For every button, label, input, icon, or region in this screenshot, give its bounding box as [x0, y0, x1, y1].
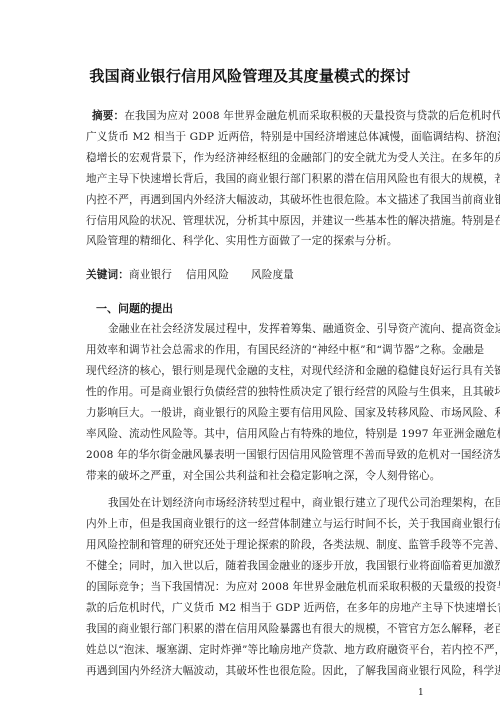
- paragraph2-line-6: 款的后危机时代，广义货币 M2 相当于 GDP 近两倍，在多年的房地产主导下快速…: [86, 601, 424, 615]
- abstract-line-6: 行信用风险的状况、管理状况，分析其中原因，并建议一些基本性的解决措施。特别是在: [86, 214, 424, 228]
- paragraph2-line-3: 用风险控制和管理的研究还处于理论探索的阶段，各类法规、制度、监管手段等不完善、: [86, 538, 424, 552]
- abstract-line-2: 广义货币 M2 相当于 GDP 近两倍，特别是中国经济增速总体减慢，面临调结构、…: [86, 130, 424, 144]
- abstract-text: 在我国为应对 2008 年世界金融危机而采取积极的天量投资与贷款的后危机时代，: [124, 110, 500, 122]
- paragraph2-line-5: 的国际竞争；当下我国情况：为应对 2008 年世界金融危机而采取积极的天量级的投…: [86, 580, 424, 594]
- keyword-2: 信用风险: [186, 269, 229, 281]
- paragraph2-line-4: 不健全；同时，加入世以后，随着我国金融业的逐步开放，我国银行业将面临着更加激烈: [86, 559, 424, 573]
- paragraph2-line-1: 我国处在计划经济向市场经济转型过程中，商业银行建立了现代公司治理架构，在国: [108, 496, 446, 510]
- abstract-line-4: 地产主导下快速增长背后，我国的商业银行部门积累的潜在信用风险也有很大的规模，若: [86, 172, 424, 186]
- keyword-1: 商业银行: [129, 269, 172, 281]
- paragraph1-line-7: 2008 年的华尔街金融风暴表明一国银行因信用风险管理不善而导致的危机对一国经济…: [86, 448, 424, 462]
- abstract-line-7: 风险管理的精细化、科学化、实用性方面做了一定的探索与分析。: [86, 234, 424, 248]
- paragraph2-line-8: 姓总以“泡沫、堰塞湖、定时炸弹”等比喻房地产贷款、地方政府融资平台，若内控不严，: [86, 643, 424, 657]
- document-title: 我国商业银行信用风险管理及其度量模式的探讨: [0, 65, 500, 86]
- paragraph1-line-3: 现代经济的核心，银行则是现代金融的支柱，对现代经济和金融的稳健良好运行具有关键: [86, 364, 424, 378]
- keyword-3: 风险度量: [251, 269, 294, 281]
- paragraph1-line-4: 性的作用。可是商业银行负债经营的独特性质决定了银行经营的风险与生俱来，且其破坏: [86, 385, 424, 399]
- paragraph2-line-9: 再遇到国内外经济大幅波动，其破坏性也很危险。因此，了解我国商业银行风险，科学进: [86, 664, 424, 678]
- paragraph1-line-6: 率风险、流动性风险等。其中，信用风险占有特殊的地位，特别是 1997 年亚洲金融…: [86, 427, 424, 441]
- page-number: 1: [418, 688, 424, 698]
- keywords-line: 关键词：商业银行信用风险风险度量: [86, 268, 424, 282]
- section-heading: 一、问题的提出: [96, 300, 173, 316]
- paragraph2-line-7: 我国的商业银行部门积累的潜在信用风险暴露也有很大的规模，不管官方怎么解释，老百: [86, 622, 424, 636]
- paragraph1-line-8: 带来的破坏之严重，对全国公共利益和社会稳定影响之深，令人刻骨铭心。: [86, 469, 424, 483]
- keywords-label: 关键词：: [86, 269, 129, 281]
- document-page: 我国商业银行信用风险管理及其度量模式的探讨 摘要：在我国为应对 2008 年世界…: [0, 0, 500, 708]
- paragraph1-line-1: 金融业在社会经济发展过程中，发挥着筹集、融通资金、引导资产流向、提高资金运: [108, 322, 446, 336]
- abstract-line-1: 摘要：在我国为应对 2008 年世界金融危机而采取积极的天量投资与贷款的后危机时…: [92, 109, 430, 123]
- abstract-line-3: 稳增长的宏观背景下，作为经济神经枢纽的金融部门的安全就尤为受人关注。在多年的房: [86, 151, 424, 165]
- paragraph1-line-2: 用效率和调节社会总需求的作用，有国民经济的“神经中枢”和“调节器”之称。金融是: [86, 343, 424, 357]
- paragraph2-line-2: 内外上市，但是我国商业银行的这一经营体制建立与运行时间不长，关于我国商业银行信: [86, 517, 424, 531]
- abstract-label: 摘要：: [92, 110, 124, 122]
- paragraph1-line-5: 力影响巨大。一般讲，商业银行的风险主要有信用风险、国家及转移风险、市场风险、利: [86, 406, 424, 420]
- abstract-line-5: 内控不严，再遇到国内外经济大幅波动，其破坏性也很危险。本文描述了我国当前商业银: [86, 193, 424, 207]
